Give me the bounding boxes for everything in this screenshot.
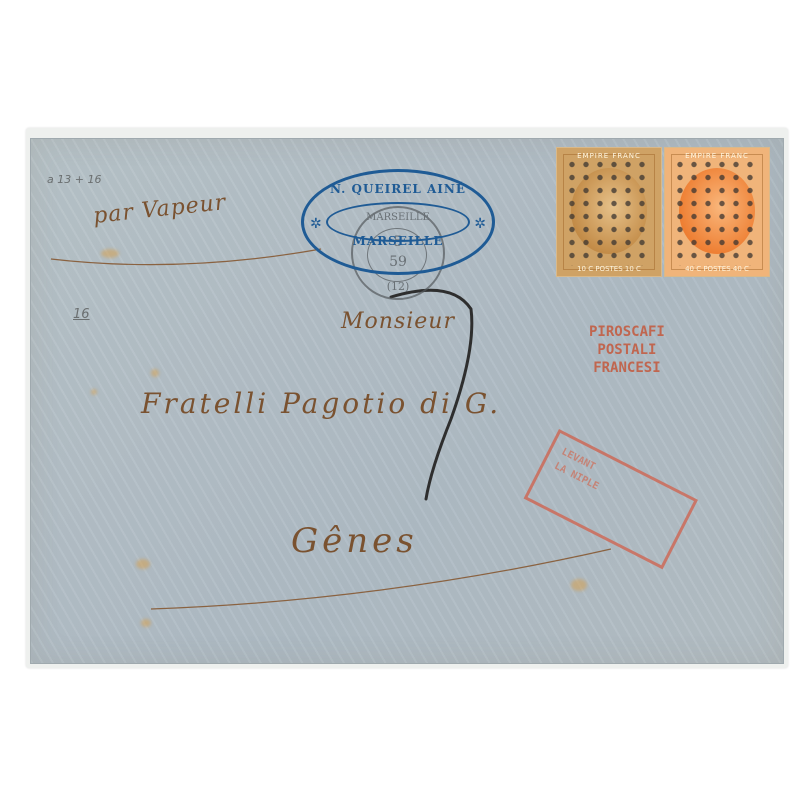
business-cachet: N. QUEIREL AINÉ ✲ ✲ MARSEILLE	[301, 169, 495, 275]
star-ornament-icon: ✲	[474, 216, 486, 232]
numeral-dot-cancel	[565, 158, 653, 266]
piroscafi-handstamp: PIROSCAFI POSTALI FRANCESI	[589, 323, 665, 377]
star-ornament-icon: ✲	[310, 216, 322, 232]
stamp-10c: EMPIRE FRANC 10 C POSTES 10 C	[556, 147, 662, 277]
stamp-40c: EMPIRE FRANC 40 C POSTES 40 C	[664, 147, 770, 277]
tax-mark-7	[391, 290, 472, 499]
postal-cover: a 13 + 16 16 par Vapeur Monsieur Fratell…	[30, 138, 784, 664]
numeral-dot-cancel	[673, 158, 761, 266]
